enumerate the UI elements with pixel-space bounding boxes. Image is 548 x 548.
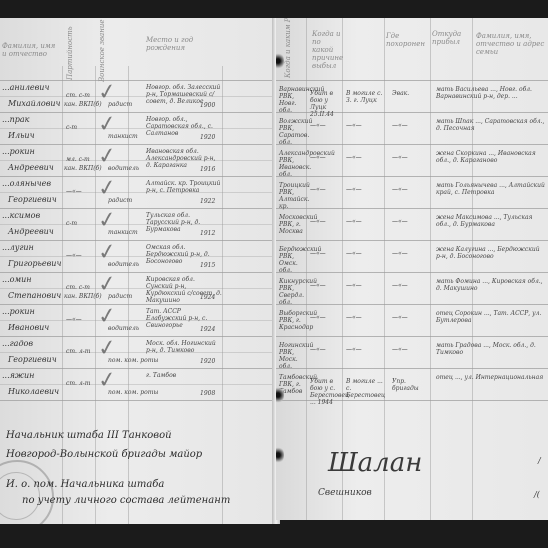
- row-rule: [276, 272, 548, 273]
- header-rule: [276, 80, 548, 81]
- header-burial: Где похоронен: [386, 32, 426, 48]
- right-page: Когда и каким РВК призван Когда и по как…: [276, 18, 548, 520]
- column-divider: [342, 18, 343, 520]
- row-rule: [0, 368, 276, 369]
- draft-office: Александровский РВК, Ивановск. обл.: [279, 150, 309, 178]
- loss-details: —«—: [310, 218, 342, 225]
- surname: ...рокин: [2, 307, 35, 316]
- rank: мл. с-т: [66, 156, 90, 163]
- column-divider: [222, 66, 223, 524]
- patronymic: Михайлович: [8, 99, 60, 108]
- draft-office: Московский РВК, г. Москва: [279, 214, 309, 235]
- position: танкист: [108, 229, 138, 236]
- loss-details: Убит в бою у с. Берестовец ... 1944: [310, 378, 342, 406]
- rank: с-т: [66, 124, 77, 131]
- row-midline: [0, 160, 276, 161]
- official-stamp: [0, 460, 54, 524]
- burial-place: —«—: [346, 314, 384, 321]
- birth-year: 1916: [200, 166, 215, 173]
- row-rule: [276, 304, 548, 305]
- column-divider: [430, 18, 431, 520]
- family-address: отец ..., ул. Интернациональная: [436, 374, 546, 381]
- burial-place: В могиле с. З. г. Луцк: [346, 90, 384, 104]
- row-midline: [0, 256, 276, 257]
- draft-office: Выборгский РВК, г. Краснодар: [279, 310, 309, 331]
- patronymic: Георгиевич: [8, 195, 57, 204]
- arrived-from: —«—: [392, 314, 428, 321]
- family-address: мать Фомина ..., Кировская обл., д. Маку…: [436, 278, 546, 292]
- page-mark: /(: [534, 490, 540, 499]
- patronymic: Ильич: [8, 131, 35, 140]
- patronymic: Степанович: [8, 291, 61, 300]
- draft-office: Варнавинский РВК, Новг. обл.: [279, 86, 309, 114]
- birthplace: Алтайск. кр. Троицкий р-н, с. Петровка: [146, 180, 222, 194]
- surname: ...анилевич: [2, 83, 49, 92]
- family-address: мать Шпак ..., Саратовская обл., д. Песо…: [436, 118, 546, 132]
- arrived-from: Упр. бригады: [392, 378, 428, 392]
- position: радист: [108, 101, 132, 108]
- loss-details: —«—: [310, 122, 342, 129]
- row-rule: [0, 304, 276, 305]
- footer-line4: по учету личного состава лейтенант: [22, 496, 230, 505]
- loss-details: —«—: [310, 250, 342, 257]
- birth-year: 1908: [200, 390, 215, 397]
- loss-details: —«—: [310, 186, 342, 193]
- surname: ...олянычев: [2, 179, 51, 188]
- burial-place: —«—: [346, 346, 384, 353]
- family-address: жена Калугина ..., Бердюжский р-н, д. Бо…: [436, 246, 546, 260]
- row-midline: [0, 288, 276, 289]
- party: кан. ВКП(б): [64, 165, 102, 172]
- row-rule: [276, 240, 548, 241]
- birth-year: 1920: [200, 358, 215, 365]
- loss-details: —«—: [310, 154, 342, 161]
- burial-place: —«—: [346, 154, 384, 161]
- surname: ...прак: [2, 115, 29, 124]
- burial-place: —«—: [346, 122, 384, 129]
- birth-year: 1915: [200, 262, 215, 269]
- surname: ...омин: [2, 275, 32, 284]
- row-rule: [276, 208, 548, 209]
- burial-place: —«—: [346, 282, 384, 289]
- binding-hole: [276, 386, 284, 404]
- patronymic: Георгиевич: [8, 355, 57, 364]
- header-rule: [0, 80, 276, 81]
- rank: —«—: [66, 188, 82, 195]
- rank: ст. с-т: [66, 284, 90, 291]
- burial-place: —«—: [346, 250, 384, 257]
- row-midline: [0, 192, 276, 193]
- position: пом. ком. роты: [108, 357, 158, 364]
- row-midline: [0, 96, 276, 97]
- family-address: мать Градова ..., Моск. обл., д. Тимково: [436, 342, 546, 356]
- row-midline: [0, 320, 276, 321]
- row-rule: [276, 336, 548, 337]
- arrived-from: Эвак.: [392, 90, 428, 97]
- patronymic: Андреевич: [8, 227, 54, 236]
- loss-details: —«—: [310, 346, 342, 353]
- family-address: отец Сорокин ..., Тат. АССР, ул. Бутлеро…: [436, 310, 546, 324]
- birth-year: 1912: [200, 230, 215, 237]
- party: кан. ВКП(б): [64, 101, 102, 108]
- party: кан. ВКП(б): [64, 293, 102, 300]
- position: радист: [108, 197, 132, 204]
- footer-line1: Начальник штаба III Танковой: [6, 431, 172, 440]
- arrived-from: —«—: [392, 250, 428, 257]
- birth-year: 1924: [200, 326, 215, 333]
- column-divider: [384, 18, 385, 520]
- row-midline: [0, 224, 276, 225]
- family-address: жена Максимова ..., Тульская обл., д. Бу…: [436, 214, 546, 228]
- birthplace: г. Тамбов: [146, 372, 222, 379]
- position: пом. ком. роты: [108, 389, 158, 396]
- draft-office: Ногинский РВК, Моск. обл.: [279, 342, 309, 370]
- header-name: Фамилия, имя и отчество: [2, 42, 57, 58]
- row-rule: [0, 240, 276, 241]
- burial-place: В могиле ... с. Берестовец: [346, 378, 384, 399]
- row-rule: [0, 112, 276, 113]
- row-rule: [0, 400, 276, 401]
- burial-place: —«—: [346, 186, 384, 193]
- surname: ...ксимов: [2, 211, 40, 220]
- rank: ст. с-т: [66, 92, 90, 99]
- arrived-from: —«—: [392, 346, 428, 353]
- patronymic: Андреевич: [8, 163, 54, 172]
- signature-lieutenant: Свешников: [318, 488, 372, 498]
- header-birthplace: Место и год рождения: [146, 36, 216, 52]
- arrived-from: —«—: [392, 218, 428, 225]
- position: водитель: [108, 325, 139, 332]
- birth-year: 1920: [200, 134, 215, 141]
- family-address: жена Скоркина ..., Ивановская обл., д. К…: [436, 150, 546, 164]
- row-midline: [0, 128, 276, 129]
- rank: —«—: [66, 316, 82, 323]
- page-mark: /: [538, 456, 541, 465]
- row-rule: [0, 144, 276, 145]
- loss-details: —«—: [310, 282, 342, 289]
- rank: ст. л-т: [66, 348, 90, 355]
- binding-hole: [276, 446, 284, 464]
- header-party: Партийность: [66, 26, 74, 80]
- birthplace: Моск. обл. Ногинский р-н, д. Тимково: [146, 340, 222, 354]
- left-page: Фамилия, имя и отчество Партийность Воин…: [0, 18, 276, 524]
- surname: ...яжин: [2, 371, 34, 380]
- birth-year: 1900: [200, 102, 215, 109]
- signature-chief-of-staff: Шалан: [328, 448, 422, 478]
- header-draft: Когда и каким РВК призван: [284, 18, 292, 78]
- rank: ст. л-т: [66, 380, 90, 387]
- position: водитель: [108, 165, 139, 172]
- rank: —«—: [66, 252, 82, 259]
- row-rule: [0, 208, 276, 209]
- family-address: мать Васильева ..., Новг. обл. Варнавинс…: [436, 86, 546, 100]
- header-family: Фамилия, имя, отчество и адрес семьи: [476, 32, 548, 56]
- birth-year: 1924: [200, 294, 215, 301]
- family-address: мать Гольянычева ..., Алтайский край, с.…: [436, 182, 546, 196]
- row-rule: [0, 272, 276, 273]
- patronymic: Григорьевич: [8, 259, 61, 268]
- surname: ...лугин: [2, 243, 34, 252]
- arrived-from: —«—: [392, 122, 428, 129]
- patronymic: Иванович: [8, 323, 49, 332]
- draft-office: Троицкий РВК, Алтайск. кр.: [279, 182, 309, 210]
- header-rank: Воинское звание: [98, 20, 106, 83]
- loss-details: Убит в бою у Луцк 25.II.44: [310, 90, 342, 118]
- position: водитель: [108, 261, 139, 268]
- arrived-from: —«—: [392, 154, 428, 161]
- row-midline: [0, 352, 276, 353]
- row-rule: [0, 176, 276, 177]
- position: танкист: [108, 133, 138, 140]
- patronymic: Николаевич: [8, 387, 59, 396]
- header-when-why: Когда и по какой причине выбыл: [312, 30, 342, 70]
- arrived-from: —«—: [392, 282, 428, 289]
- row-rule: [276, 368, 548, 369]
- draft-office: Кикнурский РВК, Свердл. обл.: [279, 278, 309, 306]
- row-rule: [276, 176, 548, 177]
- footer-line2: Новгород-Волынской бригады майор: [6, 450, 202, 459]
- header-arrived: Откуда прибыл: [432, 30, 472, 46]
- row-rule: [0, 336, 276, 337]
- draft-office: Бердюжский РВК, Омск. обл.: [279, 246, 309, 274]
- footer-line3: И. о. пом. Начальника штаба: [6, 480, 164, 489]
- row-rule: [276, 144, 548, 145]
- surname: ...гадов: [2, 339, 33, 348]
- binding-hole: [276, 52, 284, 70]
- draft-office: Волжский РВК, Саратов. обл.: [279, 118, 309, 146]
- rank: с-т: [66, 220, 77, 227]
- arrived-from: —«—: [392, 186, 428, 193]
- burial-place: —«—: [346, 218, 384, 225]
- position: радист: [108, 293, 132, 300]
- row-midline: [0, 384, 276, 385]
- birth-year: 1922: [200, 198, 215, 205]
- surname: ...рокин: [2, 147, 35, 156]
- loss-details: —«—: [310, 314, 342, 321]
